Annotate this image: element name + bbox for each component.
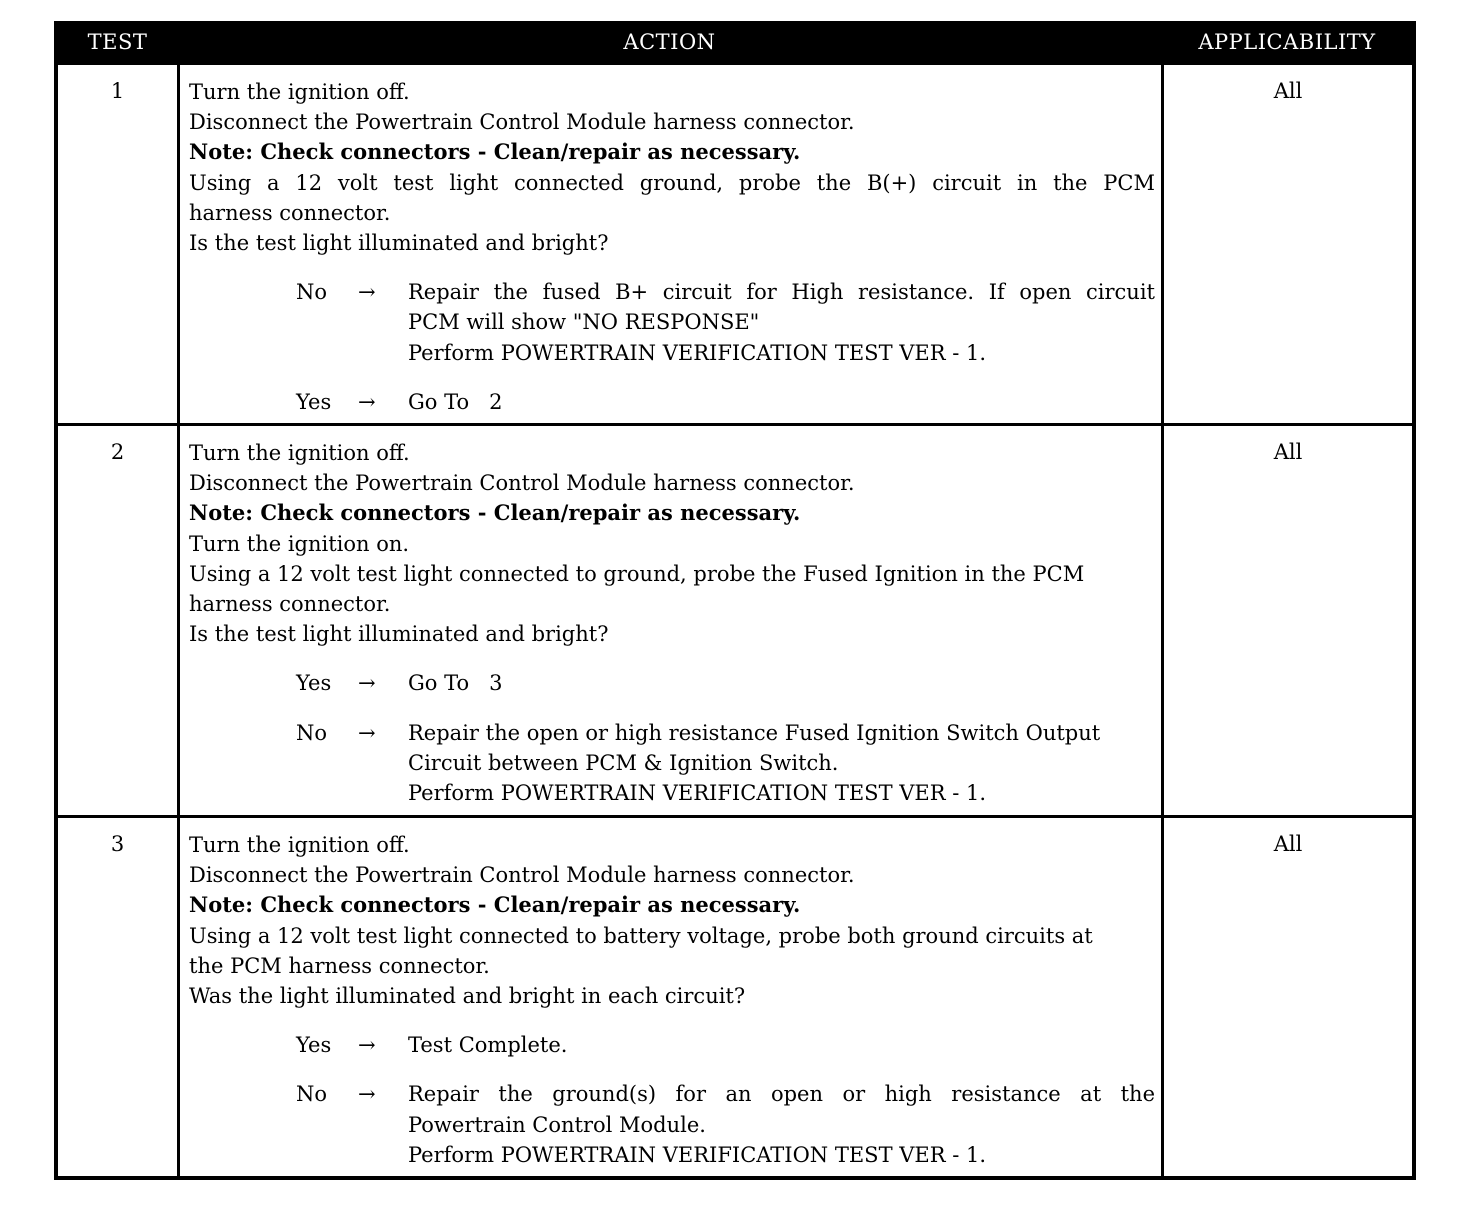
branch-no: No → Repair the open or high resistance … xyxy=(189,718,1155,809)
arrow-right-icon: → xyxy=(358,1079,408,1170)
question: Is the test light illuminated and bright… xyxy=(189,619,1155,649)
arrow-right-icon: → xyxy=(358,387,408,417)
table-row: 3 Turn the ignition off. Disconnect the … xyxy=(58,815,1412,1176)
branch-result: Go To 2 xyxy=(408,387,1155,417)
branch-result: Repair the open or high resistance Fused… xyxy=(408,718,1155,809)
action-cell: Turn the ignition off. Disconnect the Po… xyxy=(177,65,1164,423)
answer-label: No xyxy=(296,718,358,809)
step: Turn the ignition off. xyxy=(189,830,1155,860)
step: Using a 12 volt test light connected to … xyxy=(189,559,1155,589)
step: the PCM harness connector. xyxy=(189,951,1155,981)
note: Note: Check connectors - Clean/repair as… xyxy=(189,137,1155,167)
table-header: TEST ACTION APPLICABILITY xyxy=(58,21,1412,62)
applicability-value: All xyxy=(1164,818,1412,1176)
step: Disconnect the Powertrain Control Module… xyxy=(189,468,1155,498)
step: Turn the ignition off. xyxy=(189,438,1155,468)
answer-label: No xyxy=(296,277,358,368)
step: Disconnect the Powertrain Control Module… xyxy=(189,860,1155,890)
answer-label: Yes xyxy=(296,1030,358,1060)
test-number: 3 xyxy=(58,818,177,1176)
branch-yes: Yes → Go To 2 xyxy=(189,387,1155,417)
step: Using a 12 volt test light connected gro… xyxy=(189,168,1155,198)
step: Using a 12 volt test light connected to … xyxy=(189,921,1155,951)
step: harness connector. xyxy=(189,198,1155,228)
question: Is the test light illuminated and bright… xyxy=(189,228,1155,258)
step: harness connector. xyxy=(189,589,1155,619)
step: Turn the ignition on. xyxy=(189,529,1155,559)
applicability-value: All xyxy=(1164,65,1412,423)
answer-label: Yes xyxy=(296,387,358,417)
test-number: 2 xyxy=(58,426,177,815)
question: Was the light illuminated and bright in … xyxy=(189,981,1155,1011)
header-action: ACTION xyxy=(177,30,1162,54)
header-test: TEST xyxy=(58,30,177,54)
branch-result: Repair the fused B+ circuit for High res… xyxy=(408,277,1155,368)
answer-label: No xyxy=(296,1079,358,1170)
diagnostic-test-table: TEST ACTION APPLICABILITY 1 Turn the ign… xyxy=(54,21,1416,1180)
header-applicability: APPLICABILITY xyxy=(1162,30,1412,54)
branch-yes: Yes → Go To 3 xyxy=(189,668,1155,698)
step: Disconnect the Powertrain Control Module… xyxy=(189,107,1155,137)
action-cell: Turn the ignition off. Disconnect the Po… xyxy=(177,818,1164,1176)
arrow-right-icon: → xyxy=(358,718,408,809)
answer-label: Yes xyxy=(296,668,358,698)
arrow-right-icon: → xyxy=(358,668,408,698)
table-row: 2 Turn the ignition off. Disconnect the … xyxy=(58,423,1412,815)
action-cell: Turn the ignition off. Disconnect the Po… xyxy=(177,426,1164,815)
branch-result: Repair the ground(s) for an open or high… xyxy=(408,1079,1155,1170)
step: Turn the ignition off. xyxy=(189,77,1155,107)
arrow-right-icon: → xyxy=(358,277,408,368)
test-number: 1 xyxy=(58,65,177,423)
table-row: 1 Turn the ignition off. Disconnect the … xyxy=(58,62,1412,423)
branch-result: Test Complete. xyxy=(408,1030,1155,1060)
note: Note: Check connectors - Clean/repair as… xyxy=(189,890,1155,920)
branch-yes: Yes → Test Complete. xyxy=(189,1030,1155,1060)
applicability-value: All xyxy=(1164,426,1412,815)
arrow-right-icon: → xyxy=(358,1030,408,1060)
branch-result: Go To 3 xyxy=(408,668,1155,698)
note: Note: Check connectors - Clean/repair as… xyxy=(189,498,1155,528)
branch-no: No → Repair the ground(s) for an open or… xyxy=(189,1079,1155,1170)
branch-no: No → Repair the fused B+ circuit for Hig… xyxy=(189,277,1155,368)
